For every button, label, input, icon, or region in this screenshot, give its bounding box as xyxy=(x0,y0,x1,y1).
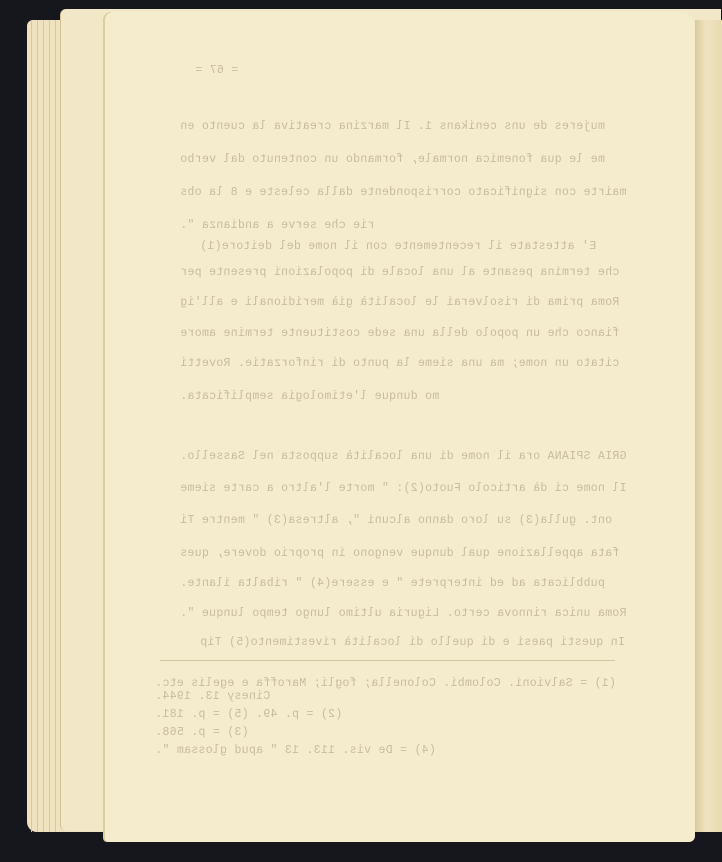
body-line: E' attestate il recentemente con il nome… xyxy=(200,240,596,253)
footnote: Cinesy 13. 1944. xyxy=(155,690,270,703)
body-line: Il nome ci dà articolo Fuoto(2): " morte… xyxy=(180,482,626,495)
body-line: In questi paesi e di quello di località … xyxy=(200,636,625,649)
page-edge xyxy=(49,20,50,832)
footnote: (4) = De vis. 113. 13 " apud glossam ". xyxy=(155,744,436,757)
body-line: me le qua fonemica normale, formando un … xyxy=(180,153,605,166)
body-line: fianco che un popolo della una sede cost… xyxy=(180,327,619,340)
page-edge xyxy=(43,20,44,832)
body-line: Roma prima di risolverai le località già… xyxy=(180,296,619,309)
body-line: GRIA SPIANA ora il nome di una località … xyxy=(180,450,626,463)
book-gutter xyxy=(695,20,722,832)
page-number: = 67 = xyxy=(195,64,238,77)
body-line: Roma unica rinnova certo. Liguria ultimo… xyxy=(180,607,626,620)
page-edge xyxy=(55,20,56,832)
footnote-divider xyxy=(160,660,615,661)
body-line: rie che serve a andianza ". xyxy=(180,219,374,232)
page-edge xyxy=(31,20,32,832)
body-line: ont. gulla(3) su loro danno alcuni ", al… xyxy=(180,514,612,527)
footnote: (3) = p. 568. xyxy=(155,726,249,739)
body-line: mairte con significato corrispondente da… xyxy=(180,186,626,199)
body-line: pubblicata ad ed interprete " e essere(4… xyxy=(180,577,605,590)
document-page: = 67 = mujeres de uns cenikans 1. Il mar… xyxy=(105,12,695,842)
body-line: mujeres de uns cenikans 1. Il marzina cr… xyxy=(180,120,605,133)
footnote: (1) = Salvioni. Colombi. Colonella; fogl… xyxy=(155,677,616,690)
body-line: citato un nome; ma una sieme la punto di… xyxy=(180,357,619,370)
page-edge xyxy=(37,20,38,832)
body-line: fata appellazione qual dunque vengono in… xyxy=(180,547,619,560)
body-line: mo dunque l'etimologia semplificata. xyxy=(180,390,439,403)
footnote: (2) = p. 49. (5) = p. 181. xyxy=(155,708,342,721)
body-line: che termina pesante al una locale di pop… xyxy=(180,266,619,279)
